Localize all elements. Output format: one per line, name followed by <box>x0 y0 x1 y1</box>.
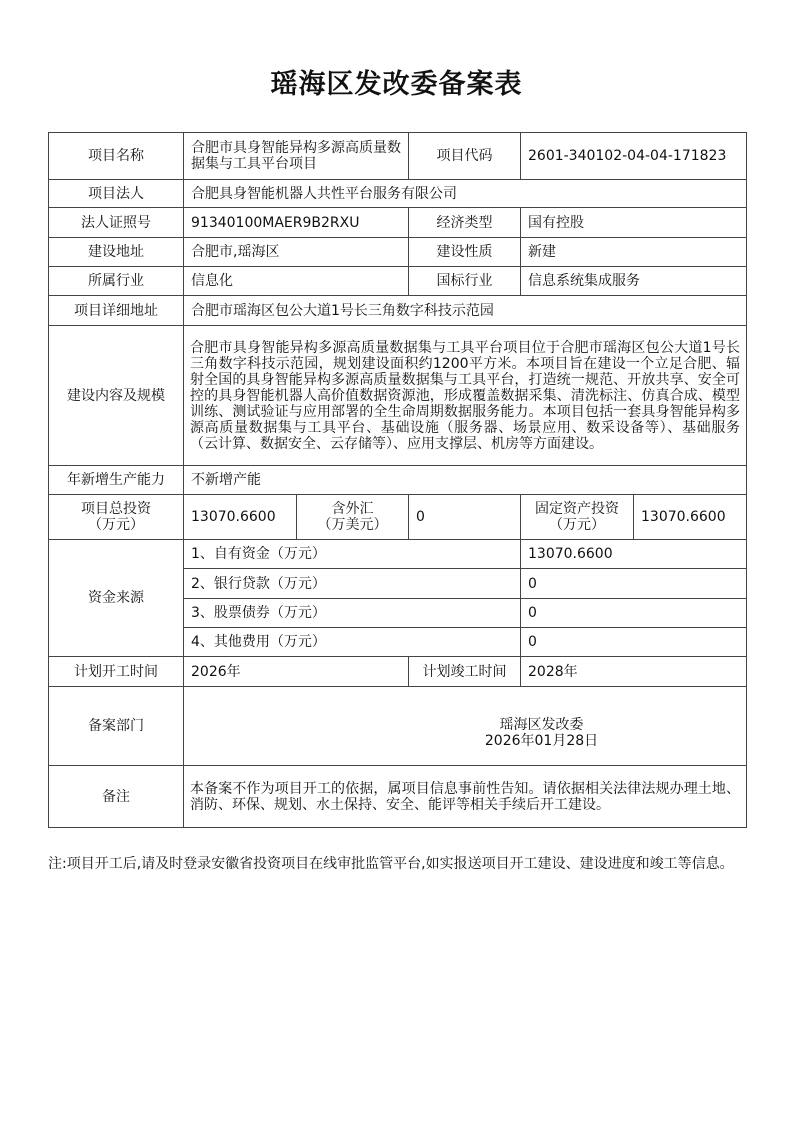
legal-entity-value: 合肥具身智能机器人共性平台服务有限公司 <box>184 180 747 208</box>
content-label: 建设内容及规模 <box>49 326 184 466</box>
foreign-exchange-value: 0 <box>409 495 521 540</box>
foreign-exchange-label-line2: （万美元） <box>304 517 401 533</box>
row-content: 建设内容及规模 合肥市具身智能异构多源高质量数据集与工具平台项目位于合肥市瑶海区… <box>49 326 747 466</box>
total-investment-label-line2: （万元） <box>56 517 176 533</box>
funding-item-label: 3、股票债券（万元） <box>184 599 521 628</box>
department-value: 瑶海区发改委 2026年01月28日 <box>184 687 747 766</box>
row-investment: 项目总投资 （万元） 13070.6600 含外汇 （万美元） 0 固定资产投资… <box>49 495 747 540</box>
capacity-value: 不新增产能 <box>184 466 747 495</box>
industry-value: 信息化 <box>184 267 409 296</box>
total-investment-label-line1: 项目总投资 <box>56 501 176 517</box>
project-code-label: 项目代码 <box>409 133 521 180</box>
license-value: 91340100MAER9B2RXU <box>184 208 409 238</box>
funding-item-value: 13070.6600 <box>521 540 747 569</box>
department-date: 2026年01月28日 <box>344 733 739 749</box>
detail-address-label: 项目详细地址 <box>49 296 184 326</box>
start-time-value: 2026年 <box>184 657 409 687</box>
fixed-assets-value: 13070.6600 <box>634 495 747 540</box>
row-detail-address: 项目详细地址 合肥市瑶海区包公大道1号长三角数字科技示范园 <box>49 296 747 326</box>
remarks-value: 本备案不作为项目开工的依据，属项目信息事前性告知。请依据相关法律法规办理土地、消… <box>184 766 747 828</box>
total-investment-label: 项目总投资 （万元） <box>49 495 184 540</box>
row-schedule: 计划开工时间 2026年 计划竣工时间 2028年 <box>49 657 747 687</box>
row-project-name: 项目名称 合肥市具身智能异构多源高质量数据集与工具平台项目 项目代码 2601-… <box>49 133 747 180</box>
filing-table: 项目名称 合肥市具身智能异构多源高质量数据集与工具平台项目 项目代码 2601-… <box>48 132 747 828</box>
total-investment-value: 13070.6600 <box>184 495 297 540</box>
license-label: 法人证照号 <box>49 208 184 238</box>
row-legal-entity: 项目法人 合肥具身智能机器人共性平台服务有限公司 <box>49 180 747 208</box>
row-license: 法人证照号 91340100MAER9B2RXU 经济类型 国有控股 <box>49 208 747 238</box>
funding-item-value: 0 <box>521 569 747 599</box>
project-code-value: 2601-340102-04-04-171823 <box>521 133 747 180</box>
fixed-assets-label-line2: （万元） <box>528 517 626 533</box>
nature-value: 新建 <box>521 238 747 267</box>
funding-item-label: 4、其他费用（万元） <box>184 628 521 657</box>
nature-label: 建设性质 <box>409 238 521 267</box>
capacity-label: 年新增生产能力 <box>49 466 184 495</box>
footnote: 注:项目开工后,请及时登录安徽省投资项目在线审批监管平台,如实报送项目开工建设、… <box>48 850 748 878</box>
content-value: 合肥市具身智能异构多源高质量数据集与工具平台项目位于合肥市瑶海区包公大道1号长三… <box>184 326 747 466</box>
funding-item-label: 1、自有资金（万元） <box>184 540 521 569</box>
location-value: 合肥市,瑶海区 <box>184 238 409 267</box>
row-capacity: 年新增生产能力 不新增产能 <box>49 466 747 495</box>
funding-item-value: 0 <box>521 628 747 657</box>
row-remarks: 备注 本备案不作为项目开工的依据，属项目信息事前性告知。请依据相关法律法规办理土… <box>49 766 747 828</box>
row-industry: 所属行业 信息化 国标行业 信息系统集成服务 <box>49 267 747 296</box>
fixed-assets-label-line1: 固定资产投资 <box>528 501 626 517</box>
page-title: 瑶海区发改委备案表 <box>0 62 793 101</box>
economy-type-value: 国有控股 <box>521 208 747 238</box>
department-label: 备案部门 <box>49 687 184 766</box>
national-industry-label: 国标行业 <box>409 267 521 296</box>
funding-label: 资金来源 <box>49 540 184 657</box>
project-name-value: 合肥市具身智能异构多源高质量数据集与工具平台项目 <box>184 133 409 180</box>
funding-item-label: 2、银行贷款（万元） <box>184 569 521 599</box>
foreign-exchange-label: 含外汇 （万美元） <box>297 495 409 540</box>
legal-entity-label: 项目法人 <box>49 180 184 208</box>
detail-address-value: 合肥市瑶海区包公大道1号长三角数字科技示范园 <box>184 296 747 326</box>
end-time-label: 计划竣工时间 <box>409 657 521 687</box>
remarks-label: 备注 <box>49 766 184 828</box>
row-location: 建设地址 合肥市,瑶海区 建设性质 新建 <box>49 238 747 267</box>
fixed-assets-label: 固定资产投资 （万元） <box>521 495 634 540</box>
project-name-label: 项目名称 <box>49 133 184 180</box>
foreign-exchange-label-line1: 含外汇 <box>304 501 401 517</box>
funding-item-value: 0 <box>521 599 747 628</box>
end-time-value: 2028年 <box>521 657 747 687</box>
start-time-label: 计划开工时间 <box>49 657 184 687</box>
location-label: 建设地址 <box>49 238 184 267</box>
row-funding-1: 资金来源 1、自有资金（万元） 13070.6600 <box>49 540 747 569</box>
department-name: 瑶海区发改委 <box>344 703 739 733</box>
national-industry-value: 信息系统集成服务 <box>521 267 747 296</box>
industry-label: 所属行业 <box>49 267 184 296</box>
economy-type-label: 经济类型 <box>409 208 521 238</box>
row-department: 备案部门 瑶海区发改委 2026年01月28日 <box>49 687 747 766</box>
